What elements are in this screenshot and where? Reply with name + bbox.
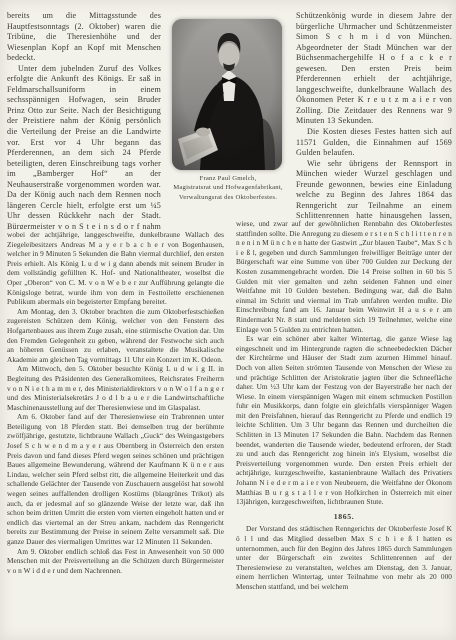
paragraph: Es war ein schöner aber kalter Wintertag… [236, 334, 452, 507]
paragraph: bereits um die Mittagsstunde des Hauptfe… [7, 11, 161, 64]
portrait-illustration [172, 19, 282, 170]
paragraph: Am 6. Oktober fand auf der Theresienwies… [7, 412, 224, 546]
paragraph: Am 9. Oktober endlich schloß das Fest in… [7, 547, 224, 576]
paragraph: Unter dem jubelnden Zuruf des Volkes erf… [7, 64, 161, 229]
paragraph: Die Kosten dieses Festes hatten sich auf… [296, 127, 452, 159]
right-column-main-text: Schützenkönig wurde in diesem Jahre der … [296, 11, 452, 220]
paragraph: wobei der achtjährige, langgeschweifte, … [7, 230, 224, 307]
year-heading-1865: 1865. [236, 512, 452, 522]
right-column-detail-text: wiese, und zwar auf der gewöhnlichen Ren… [236, 219, 452, 634]
scanned-book-page: bereits um die Mittagsstunde des Hauptfe… [0, 0, 456, 640]
paragraph: Am Mittwoch, den 5. Oktober besuchte Kön… [7, 364, 224, 412]
paragraph: Der Vorstand des städtischen Renngericht… [236, 524, 452, 591]
paragraph: wiese, und zwar auf der gewöhnlichen Ren… [236, 219, 452, 334]
detail-text-before-heading: wiese, und zwar auf der gewöhnlichen Ren… [236, 219, 452, 507]
left-column-detail-text: wobei der achtjährige, langgeschweifte, … [7, 230, 224, 634]
paragraph: Wie sehr übrigens der Rennsport in Münch… [296, 159, 452, 220]
paragraph: Am Montag, den 3. Oktober brachten die z… [7, 307, 224, 365]
paragraph: Schützenkönig wurde in diesem Jahre der … [296, 11, 452, 127]
portrait-photo [172, 19, 282, 170]
detail-text-after-heading: Der Vorstand des städtischen Renngericht… [236, 524, 452, 591]
